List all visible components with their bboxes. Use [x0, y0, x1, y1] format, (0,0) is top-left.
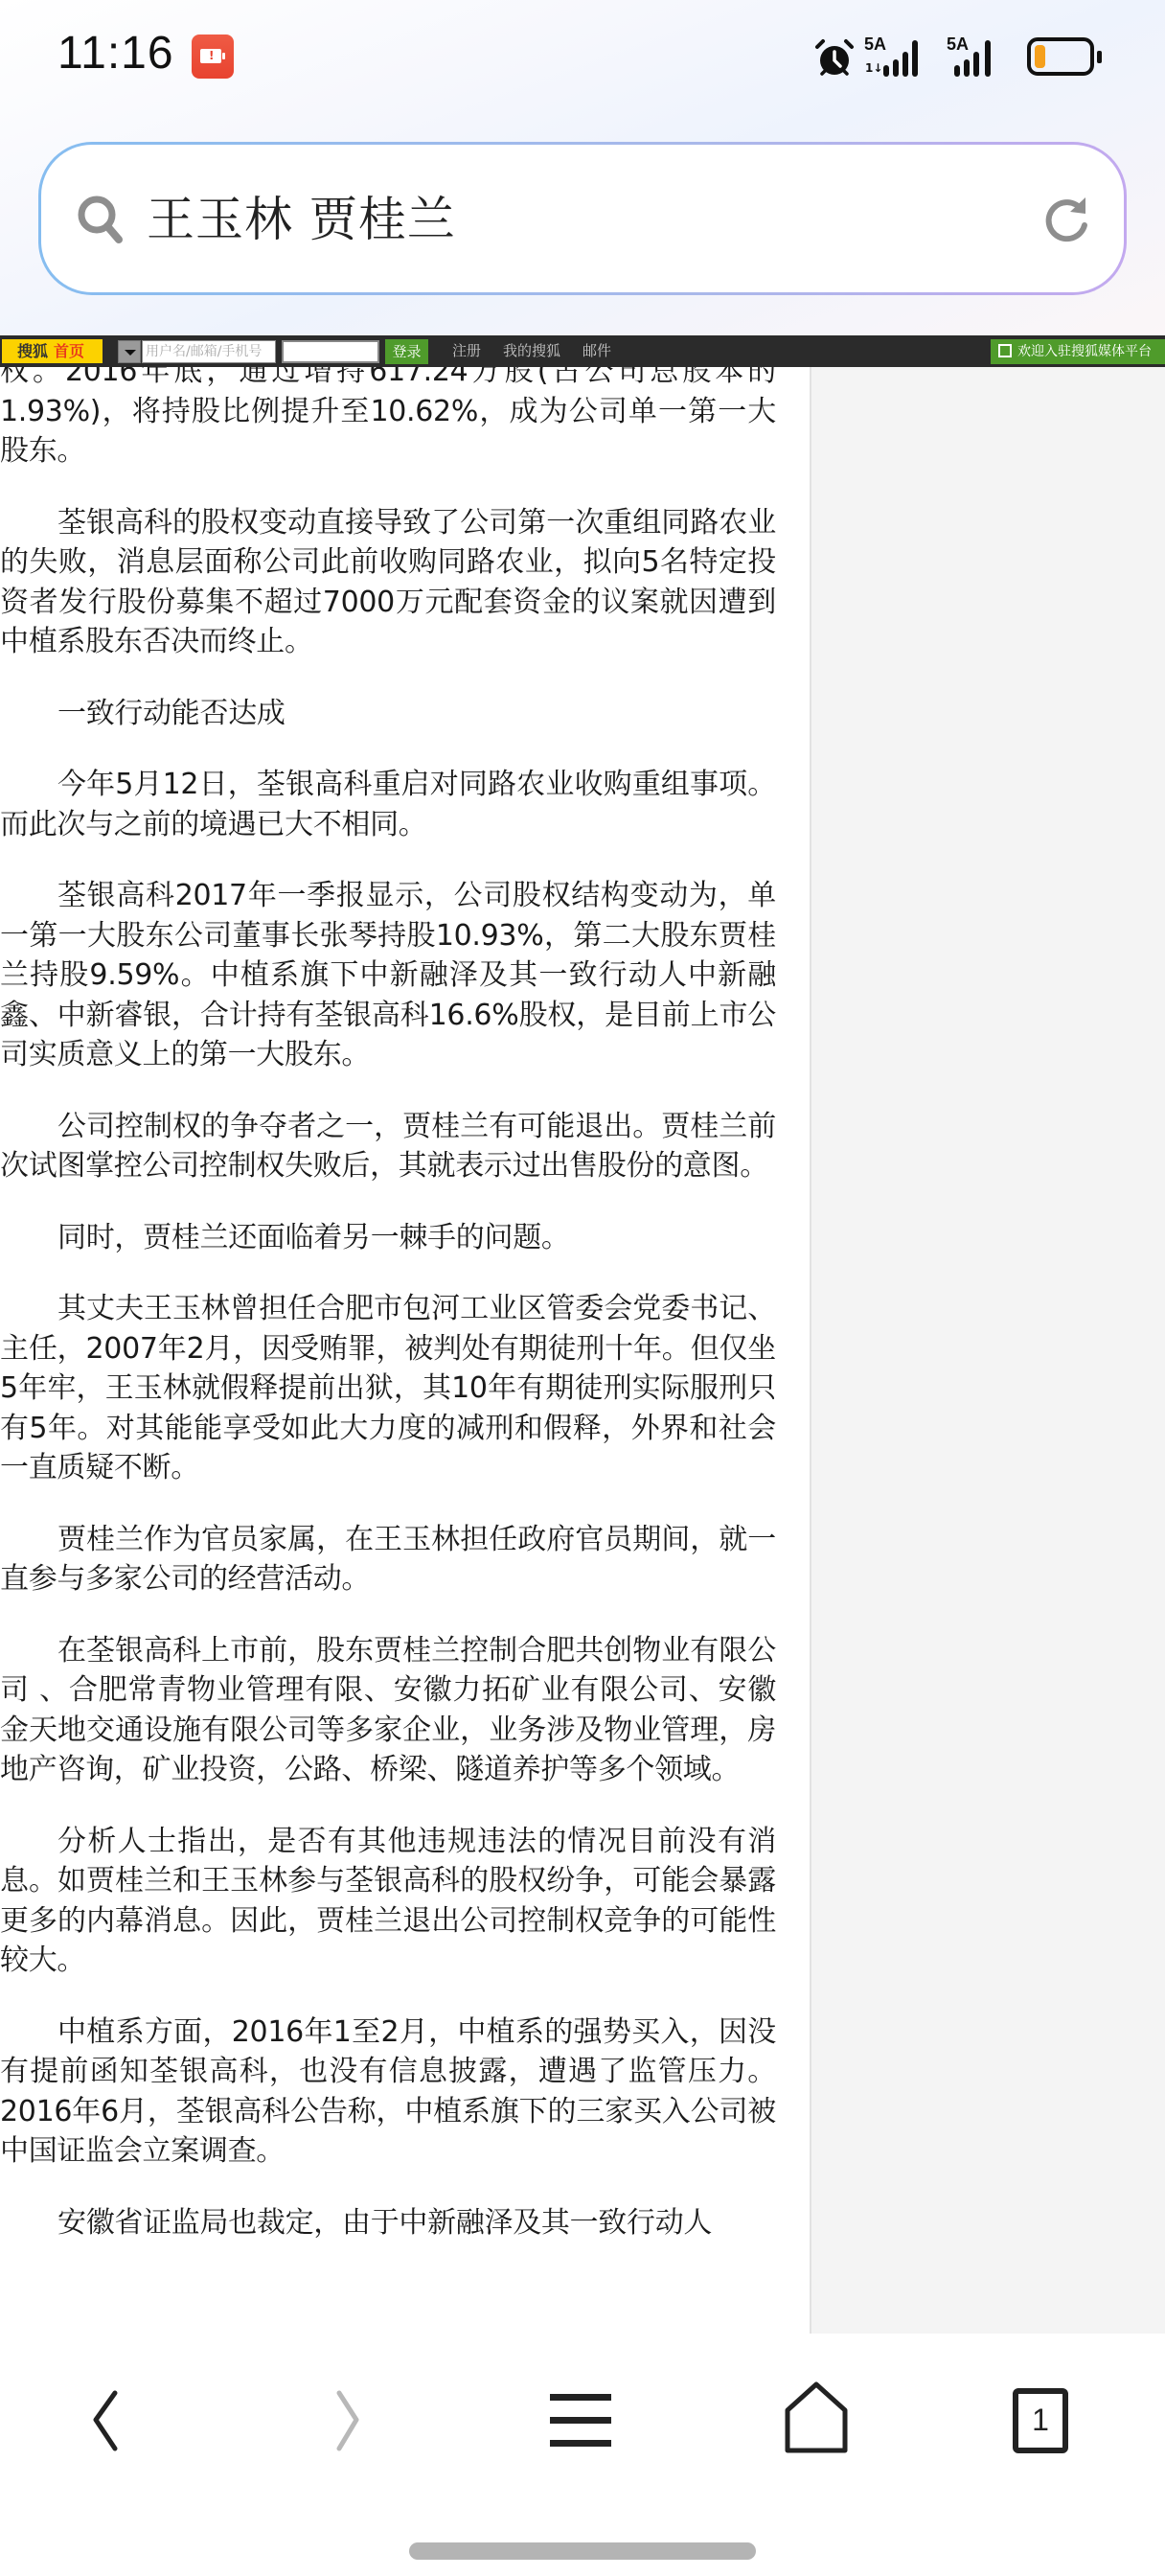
sidebar-panel [810, 367, 1165, 2334]
menu-icon[interactable] [542, 2381, 619, 2458]
article-paragraph: 荃银高科2017年一季报显示，公司股权结构变动为，单一第一大股东公司董事长张琴持… [0, 876, 776, 1075]
tab-count: 1 [1012, 2403, 1069, 2438]
battery-alert-icon: ! [192, 34, 234, 79]
my-sohu-link[interactable]: 我的搜狐 [503, 335, 560, 367]
article-paragraph: 其丈夫王玉林曾担任合肥市包河工业区管委会党委书记、主任，2007年2月，因受贿罪… [0, 1289, 776, 1488]
browser-bottom-nav: 1 [0, 2334, 1165, 2576]
sohu-home-link[interactable]: 搜狐首页 [2, 339, 103, 363]
article-body: 权。2016年底，通过增持617.24万股(占公司总股本的1.93%)，将持股比… [0, 367, 810, 2334]
battery-tip [1097, 51, 1102, 63]
sohu-toolbar: 搜狐首页 用户名/邮箱/手机号 登录 注册 我的搜狐 邮件 欢迎入驻搜狐媒体平台 [0, 335, 1165, 367]
article-paragraph: 安徽省证监局也裁定，由于中新融泽及其一致行动人 [0, 2203, 776, 2243]
address-search-bar[interactable]: 王玉林 贾桂兰 [38, 142, 1127, 295]
cellular-signal-1-icon: 5A 1↓ [864, 34, 931, 79]
search-query[interactable]: 王玉林 贾桂兰 [147, 185, 456, 254]
media-platform-button[interactable]: 欢迎入驻搜狐媒体平台 [991, 339, 1165, 364]
article-paragraph: 今年5月12日，荃银高科重启对同路农业收购重组事项。而此次与之前的境遇已大不相同… [0, 765, 776, 844]
article-paragraph: 在荃银高科上市前，股东贾桂兰控制合肥共创物业有限公司 、合肥常青物业管理有限、安… [0, 1631, 776, 1790]
back-icon[interactable] [75, 2381, 151, 2458]
cellular-signal-2-icon: 5A [947, 34, 1010, 79]
article-content: 权。2016年底，通过增持617.24万股(占公司总股本的1.93%)，将持股比… [0, 367, 776, 2274]
search-icon [74, 193, 127, 246]
article-paragraph: 中植系方面，2016年1至2月，中植系的强势买入，因没有提前函知荃银高科，也没有… [0, 2012, 776, 2172]
forward-icon[interactable] [308, 2381, 385, 2458]
username-input[interactable]: 用户名/邮箱/手机号 [142, 340, 276, 363]
article-paragraph: 公司控制权的争夺者之一，贾桂兰有可能退出。贾桂兰前次试图掌控公司控制权失败后，其… [0, 1107, 776, 1186]
edit-icon [998, 344, 1012, 357]
account-type-dropdown[interactable] [118, 340, 141, 363]
article-paragraph: 权。2016年底，通过增持617.24万股(占公司总股本的1.93%)，将持股比… [0, 367, 776, 471]
article-paragraph: 同时，贾桂兰还面临着另一棘手的问题。 [0, 1218, 776, 1258]
login-button[interactable]: 登录 [385, 339, 428, 364]
article-paragraph: 贾桂兰作为官员家属，在王玉林担任政府官员期间，就一直参与多家公司的经营活动。 [0, 1520, 776, 1599]
status-time: 11:16 [57, 27, 174, 80]
password-input[interactable] [282, 340, 379, 363]
article-paragraph: 荃银高科的股权变动直接导致了公司第一次重组同路农业的失败，消息层面称公司此前收购… [0, 503, 776, 662]
alarm-clock-icon [814, 38, 855, 79]
mail-link[interactable]: 邮件 [582, 335, 611, 367]
home-icon[interactable] [778, 2381, 855, 2458]
battery-icon [1027, 37, 1094, 76]
article-paragraph: 分析人士指出，是否有其他违规违法的情况目前没有消息。如贾桂兰和王玉林参与荃银高科… [0, 1822, 776, 1981]
refresh-icon[interactable] [1041, 195, 1091, 246]
tabs-button[interactable]: 1 [1012, 2381, 1069, 2458]
article-paragraph: 一致行动能否达成 [0, 694, 776, 734]
status-icons: 5A 1↓ 5A [814, 34, 1140, 80]
register-link[interactable]: 注册 [452, 335, 481, 367]
home-indicator-bar[interactable] [409, 2542, 756, 2560]
browser-top-area: 11:16 ! 5A 1↓ 5A [0, 0, 1165, 335]
status-bar: 11:16 ! 5A 1↓ 5A [0, 0, 1165, 115]
